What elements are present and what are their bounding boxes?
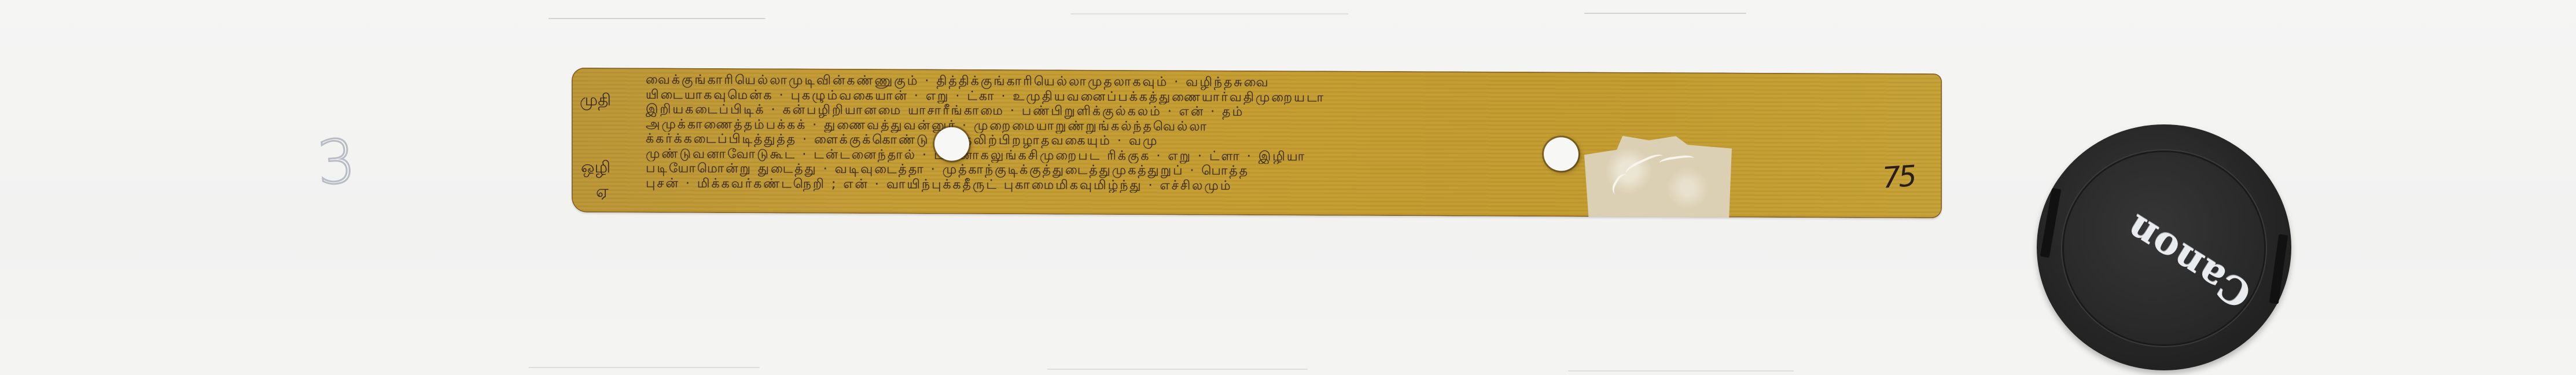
string-hole-right [1544, 137, 1578, 171]
string-hole-left [934, 127, 969, 161]
margin-label-2: ஒழி [581, 159, 610, 175]
canon-logo: Canon [2115, 204, 2261, 319]
pencil-guide-line-bottom-2 [1047, 369, 1308, 370]
margin-label-1: முதி [580, 92, 611, 108]
canon-lens-cap: Canon [2037, 124, 2291, 370]
pencil-folio-numeral: 3 [315, 131, 357, 193]
pencil-guide-line-bottom-1 [528, 367, 760, 368]
pencil-guide-line-top-2 [1070, 13, 1348, 14]
palm-leaf-folio: முதி ஒழி ஏ வைக்குங்காரியெல்லாமுடிவின்கண்… [572, 68, 1942, 218]
pencil-guide-line-bottom-3 [1568, 370, 1794, 372]
fiber-strand [1659, 154, 1695, 169]
margin-label-3: ஏ [596, 183, 609, 200]
pencil-guide-line-top-3 [1584, 13, 1746, 14]
lens-cap-face: Canon [2064, 152, 2264, 344]
folio-page-number: 75 [1881, 159, 1916, 195]
pencil-guide-line-top-1 [549, 18, 766, 19]
